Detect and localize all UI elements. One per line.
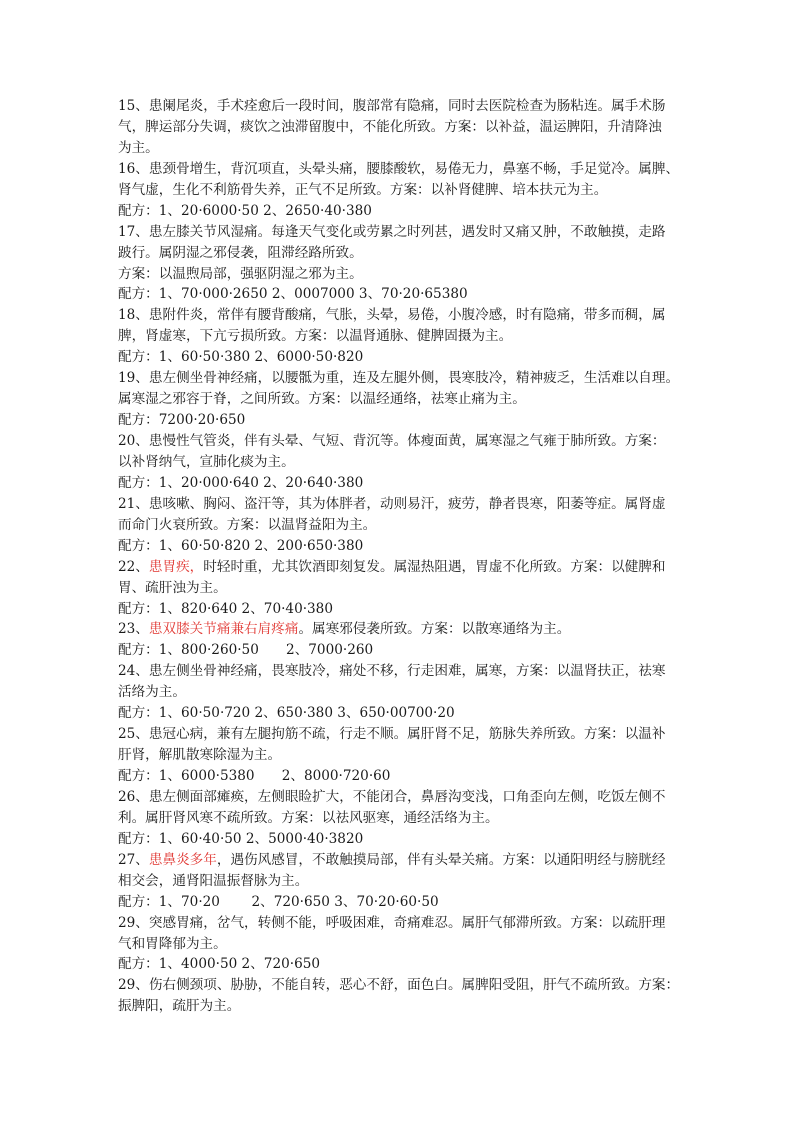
text-line: 22、患胃疾，时轻时重，尤其饮酒即刻复发。属湿热阻遇，胃虚不化所致。方案：以健脾… (118, 557, 684, 578)
text-segment: 17、患左膝关节风湿痛。每逢天气变化或劳累之时列甚，遇发时又痛又肿，不敢触摸，走… (118, 224, 665, 240)
text-line: 振脾阳，疏肝为主。 (118, 996, 684, 1017)
text-segment: 相交会，通肾阳温振督脉为主。 (118, 873, 308, 889)
text-line: 属寒湿之邪容于脊，之间所致。方案：以温经通络，祛寒止痛为主。 (118, 389, 684, 410)
text-line: 肝肾，解肌散寒除湿为主。 (118, 745, 684, 766)
text-segment: 属寒湿之邪容于脊，之间所致。方案：以温经通络，祛寒止痛为主。 (118, 391, 526, 407)
text-segment: 15、患阑尾炎，手术痊愈后一段时间，腹部常有隐痛，同时去医院检查为肠粘连。属手术… (118, 98, 665, 114)
text-segment: 为主。 (118, 140, 159, 156)
text-line: 配方：1、800·260·50 2、7000·260 (118, 640, 684, 661)
text-line: 17、患左膝关节风湿痛。每逢天气变化或劳累之时列甚，遇发时又痛又肿，不敢触摸，走… (118, 222, 684, 243)
text-line: 24、患左侧坐骨神经痛，畏寒肢冷，痛处不移，行走困难，属寒，方案：以温肾扶正，祛… (118, 661, 684, 682)
text-segment: 跛行。属阴湿之邪侵袭，阻滞经路所致。 (118, 245, 363, 261)
text-segment: 24、患左侧坐骨神经痛，畏寒肢冷，痛处不移，行走困难，属寒，方案：以温肾扶正，祛… (118, 663, 665, 679)
text-segment: 20、患慢性气管炎，伴有头晕、气短、背沉等。体瘦面黄，属寒湿之气雍于肺所致。方案… (118, 433, 665, 449)
text-segment: 配方：1、60·50·720 2、650·380 3、650·00700·20 (118, 705, 455, 721)
text-segment: 23、 (118, 621, 149, 637)
text-line: 配方：1、20·000·640 2、20·640·380 (118, 473, 684, 494)
text-line: 跛行。属阴湿之邪侵袭，阻滞经路所致。 (118, 243, 684, 264)
text-segment: 25、患冠心病，兼有左腿拘筋不疏，行走不顺。属肝肾不足，筋脉失养所致。方案：以温… (118, 726, 665, 742)
text-line: 胃、疏肝浊为主。 (118, 578, 684, 599)
text-segment: 气，脾运部分失调，痰饮之浊滞留腹中，不能化所致。方案：以补益，温运脾阳，升清降浊 (118, 119, 662, 135)
text-line: 配方：7200·20·650 (118, 410, 684, 431)
highlighted-text: 患双膝关节痛兼右肩疼痛 (149, 621, 299, 637)
text-segment: 27、 (118, 852, 149, 868)
text-segment: 配方：1、70·20 2、720·650 3、70·20·60·50 (118, 894, 439, 910)
text-segment: 配方：1、6000·5380 2、8000·720·60 (118, 768, 390, 784)
text-line: 而命门火衰所致。方案：以温肾益阳为主。 (118, 515, 684, 536)
text-line: 配方：1、6000·5380 2、8000·720·60 (118, 766, 684, 787)
text-line: 27、患鼻炎多年，遇伤风感冒，不敢触摸局部，伴有头晕关痛。方案：以通阳明经与膀胱… (118, 850, 684, 871)
text-line: 23、患双膝关节痛兼右肩疼痛。属寒邪侵袭所致。方案：以散寒通络为主。 (118, 619, 684, 640)
text-segment: 19、患左侧坐骨神经痛，以腰骶为重，连及左腿外侧，畏寒肢冷，精神疲乏，生活难以自… (118, 370, 679, 386)
text-line: 19、患左侧坐骨神经痛，以腰骶为重，连及左腿外侧，畏寒肢冷，精神疲乏，生活难以自… (118, 368, 684, 389)
text-segment: 脾，肾虚寒，下亢亏损所致。方案：以温肾通脉、健脾固摄为主。 (118, 328, 512, 344)
text-line: 配方：1、60·50·380 2、6000·50·820 (118, 347, 684, 368)
text-line: 25、患冠心病，兼有左腿拘筋不疏，行走不顺。属肝肾不足，筋脉失养所致。方案：以温… (118, 724, 684, 745)
highlighted-text: 患胃疾， (149, 559, 203, 575)
text-line: 配方：1、60·40·50 2、5000·40·3820 (118, 829, 684, 850)
text-segment: 配方：1、4000·50 2、720·650 (118, 956, 320, 972)
text-line: 为主。 (118, 138, 684, 159)
text-line: 26、患左侧面部瘫痪，左侧眼睑扩大，不能闭合，鼻唇沟变浅，口角歪向左侧，吃饭左侧… (118, 787, 684, 808)
text-segment: 21、患咳嗽、胸闷、盗汗等，其为体胖者，动则易汗，疲劳，静者畏寒，阳萎等症。属肾… (118, 496, 665, 512)
text-segment: 29、伤右侧颈项、胁胁，不能自转，恶心不舒，面色白。属脾阳受阻，肝气不疏所致。方… (118, 977, 679, 993)
text-line: 21、患咳嗽、胸闷、盗汗等，其为体胖者，动则易汗，疲劳，静者畏寒，阳萎等症。属肾… (118, 494, 684, 515)
text-segment: 配方：1、60·40·50 2、5000·40·3820 (118, 831, 363, 847)
text-line: 配方：1、70·000·2650 2、0007000 3、70·20·65380 (118, 284, 684, 305)
text-segment: 而命门火衰所致。方案：以温肾益阳为主。 (118, 517, 376, 533)
text-line: 配方：1、20·6000·50 2、2650·40·380 (118, 201, 684, 222)
text-line: 相交会，通肾阳温振督脉为主。 (118, 871, 684, 892)
text-line: 方案：以温煦局部，强驱阴湿之邪为主。 (118, 264, 684, 285)
text-segment: 26、患左侧面部瘫痪，左侧眼睑扩大，不能闭合，鼻唇沟变浅，口角歪向左侧，吃饭左侧… (118, 789, 665, 805)
text-segment: 肝肾，解肌散寒除湿为主。 (118, 747, 281, 763)
text-segment: ，遇伤风感冒，不敢触摸局部，伴有头晕关痛。方案：以通阳明经与膀胱经 (217, 852, 666, 868)
text-line: 以补肾纳气，宣肺化痰为主。 (118, 452, 684, 473)
text-line: 活络为主。 (118, 682, 684, 703)
text-segment: 振脾阳，疏肝为主。 (118, 998, 240, 1014)
text-line: 气，脾运部分失调，痰饮之浊滞留腹中，不能化所致。方案：以补益，温运脾阳，升清降浊 (118, 117, 684, 138)
text-line: 肾气虚，生化不利筋骨失养，正气不足所致。方案：以补肾健脾、培本扶元为主。 (118, 180, 684, 201)
text-line: 配方：1、70·20 2、720·650 3、70·20·60·50 (118, 892, 684, 913)
text-segment: 气和胃降郁为主。 (118, 936, 227, 952)
text-segment: 利。属肝肾风寒不疏所致。方案：以祛风驱寒，通经活络为主。 (118, 810, 499, 826)
text-segment: 时轻时重，尤其饮酒即刻复发。属湿热阻遇，胃虚不化所致。方案：以健脾和 (203, 559, 665, 575)
text-line: 配方：1、820·640 2、70·40·380 (118, 599, 684, 620)
text-segment: 方案：以温煦局部，强驱阴湿之邪为主。 (118, 266, 363, 282)
text-line: 配方：1、4000·50 2、720·650 (118, 954, 684, 975)
text-segment: 配方：1、20·6000·50 2、2650·40·380 (118, 203, 372, 219)
document-page: 15、患阑尾炎，手术痊愈后一段时间，腹部常有隐痛，同时去医院检查为肠粘连。属手术… (118, 96, 684, 1017)
text-segment: 18、患附件炎，常伴有腰背酸痛，气胀，头晕，易倦，小腹冷感，时有隐痛，带多而稠，… (118, 307, 665, 323)
text-line: 20、患慢性气管炎，伴有头晕、气短、背沉等。体瘦面黄，属寒湿之气雍于肺所致。方案… (118, 431, 684, 452)
text-segment: 配方：7200·20·650 (118, 412, 245, 428)
text-line: 利。属肝肾风寒不疏所致。方案：以祛风驱寒，通经活络为主。 (118, 808, 684, 829)
text-segment: 配方：1、20·000·640 2、20·640·380 (118, 475, 363, 491)
text-segment: 16、患颈骨增生，背沉项直，头晕头痛，腰膝酸软，易倦无力，鼻塞不畅，手足觉冷。属… (118, 161, 679, 177)
text-segment: 29、突感胃痛，岔气，转侧不能，呼吸困难，奇痛难忍。属肝气郁滞所致。方案：以疏肝… (118, 915, 665, 931)
text-segment: 配方：1、70·000·2650 2、0007000 3、70·20·65380 (118, 286, 468, 302)
text-segment: 。属寒邪侵袭所致。方案：以散寒通络为主。 (298, 621, 570, 637)
text-line: 气和胃降郁为主。 (118, 934, 684, 955)
text-line: 16、患颈骨增生，背沉项直，头晕头痛，腰膝酸软，易倦无力，鼻塞不畅，手足觉冷。属… (118, 159, 684, 180)
highlighted-text: 患鼻炎多年 (149, 852, 217, 868)
text-segment: 22、 (118, 559, 149, 575)
text-line: 29、伤右侧颈项、胁胁，不能自转，恶心不舒，面色白。属脾阳受阻，肝气不疏所致。方… (118, 975, 684, 996)
text-segment: 配方：1、60·50·380 2、6000·50·820 (118, 349, 363, 365)
text-segment: 配方：1、60·50·820 2、200·650·380 (118, 538, 363, 554)
text-segment: 肾气虚，生化不利筋骨失养，正气不足所致。方案：以补肾健脾、培本扶元为主。 (118, 182, 607, 198)
text-line: 18、患附件炎，常伴有腰背酸痛，气胀，头晕，易倦，小腹冷感，时有隐痛，带多而稠，… (118, 305, 684, 326)
text-segment: 活络为主。 (118, 684, 186, 700)
text-segment: 配方：1、800·260·50 2、7000·260 (118, 642, 373, 658)
text-line: 脾，肾虚寒，下亢亏损所致。方案：以温肾通脉、健脾固摄为主。 (118, 326, 684, 347)
text-segment: 配方：1、820·640 2、70·40·380 (118, 601, 333, 617)
text-segment: 以补肾纳气，宣肺化痰为主。 (118, 454, 295, 470)
text-segment: 胃、疏肝浊为主。 (118, 580, 227, 596)
text-line: 配方：1、60·50·820 2、200·650·380 (118, 536, 684, 557)
text-line: 配方：1、60·50·720 2、650·380 3、650·00700·20 (118, 703, 684, 724)
text-line: 29、突感胃痛，岔气，转侧不能，呼吸困难，奇痛难忍。属肝气郁滞所致。方案：以疏肝… (118, 913, 684, 934)
text-line: 15、患阑尾炎，手术痊愈后一段时间，腹部常有隐痛，同时去医院检查为肠粘连。属手术… (118, 96, 684, 117)
